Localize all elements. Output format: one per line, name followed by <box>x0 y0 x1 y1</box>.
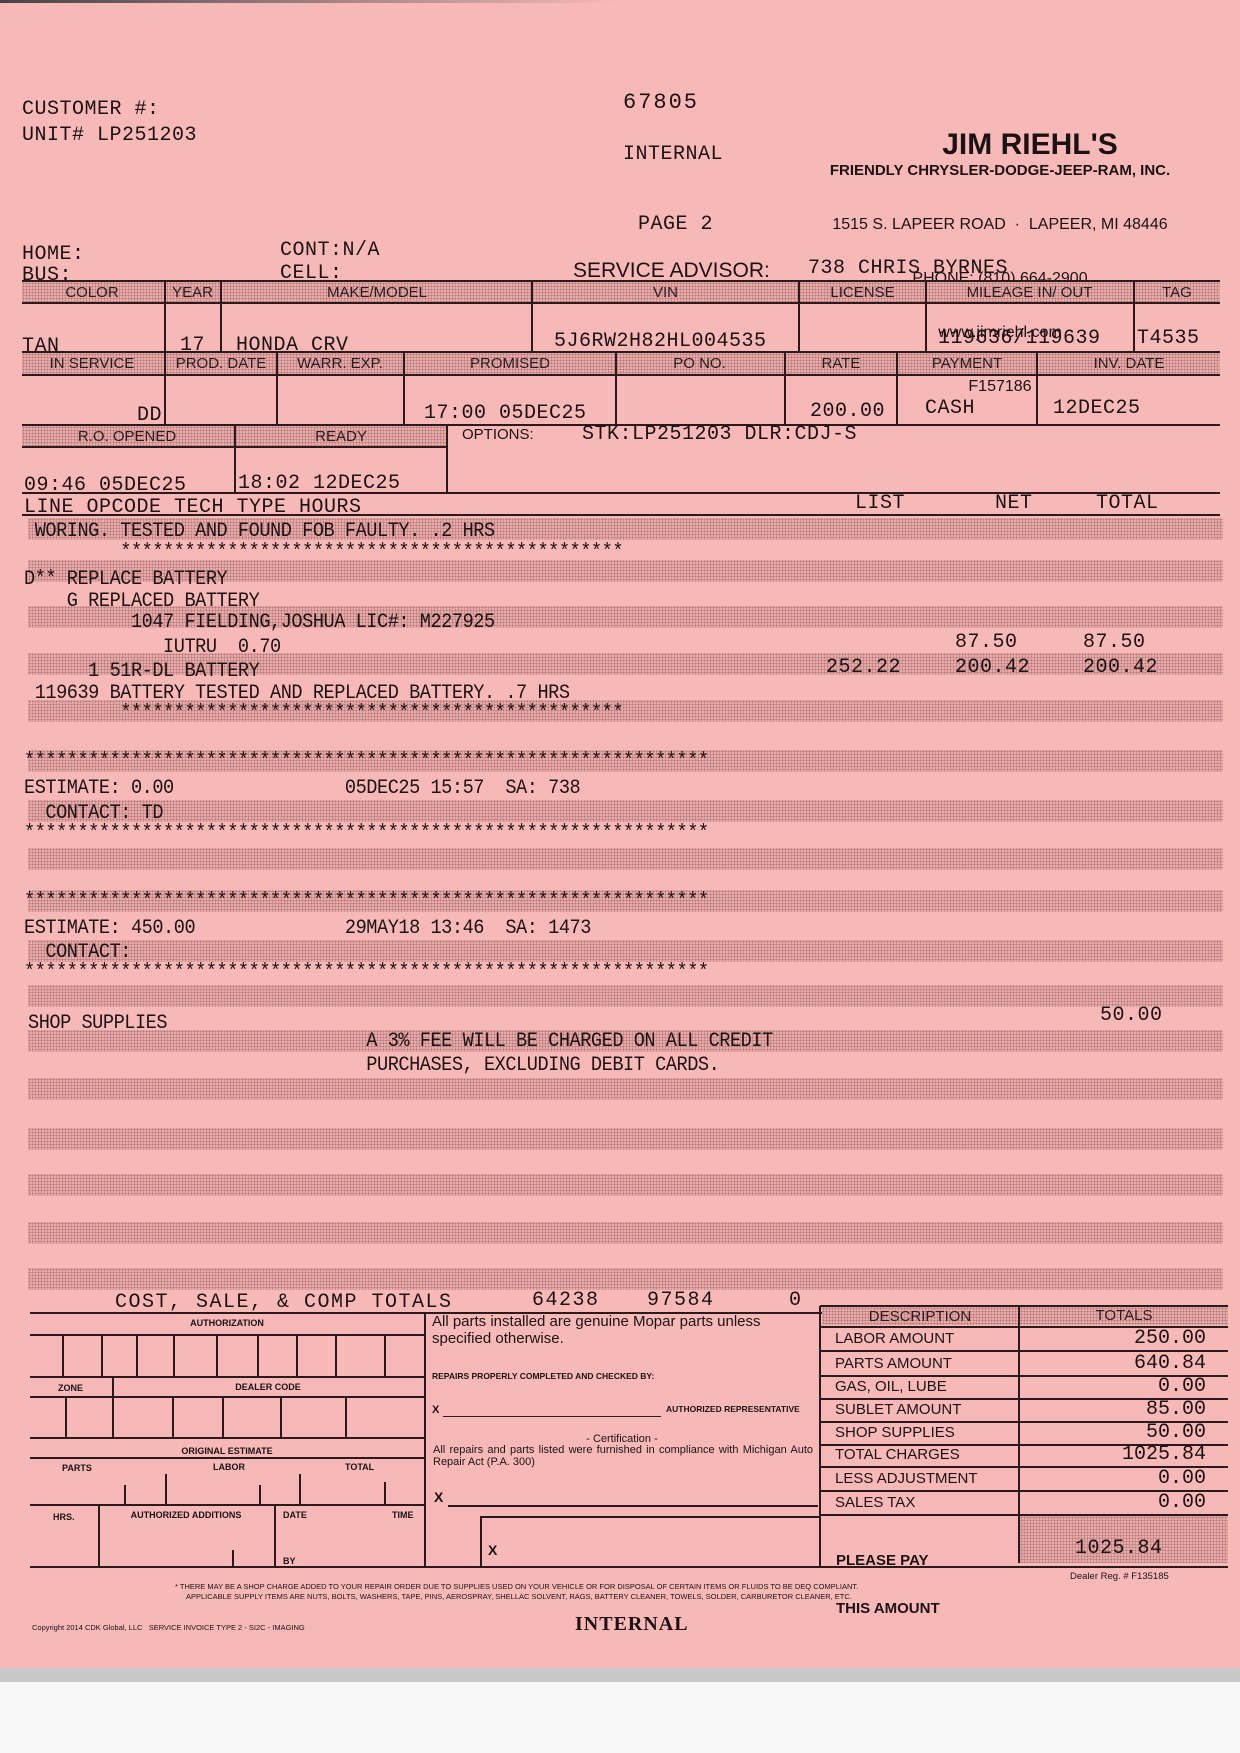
vehicle-tag: T4535 <box>1137 327 1200 350</box>
col-mileage: MILEAGE IN/ OUT <box>927 283 1132 303</box>
totals-row-value: 0.00 <box>1158 1467 1206 1490</box>
stripe <box>28 1078 1223 1100</box>
dealer-code-label: DEALER CODE <box>112 1382 424 1392</box>
col-warr-exp: WARR. EXP. <box>278 354 402 374</box>
stripe <box>28 848 1223 870</box>
line-list: 252.22 <box>826 656 901 679</box>
payment-value: CASH <box>925 397 975 420</box>
shop-supplies-total: 50.00 <box>1100 1004 1163 1027</box>
totals-row-label: SALES TAX <box>835 1494 915 1511</box>
invoice-page: CUSTOMER #: UNIT# LP251203 67805 INTERNA… <box>0 0 1240 1682</box>
comp-totals-label: COST, SALE, & COMP TOTALS <box>115 1291 453 1314</box>
line-item: ****************************************… <box>24 750 709 773</box>
shop-supply-items-note: APPLICABLE SUPPLY ITEMS ARE NUTS, BOLTS,… <box>186 1592 852 1601</box>
credit-fee-notice: PURCHASES, EXCLUDING DEBIT CARDS. <box>24 1054 719 1077</box>
estimate-line: ESTIMATE: 450.00 29MAY18 13:46 SA: 1473 <box>24 917 591 940</box>
totals-row-value: 50.00 <box>1146 1421 1206 1444</box>
stripe <box>28 940 1223 962</box>
line-item: ****************************************… <box>24 822 709 845</box>
stripe <box>28 1128 1223 1150</box>
col-license: LICENSE <box>800 283 925 303</box>
line-item: IUTRU 0.70 <box>24 636 281 659</box>
stripe <box>28 1222 1223 1244</box>
totals-row-value: 1025.84 <box>1122 1443 1206 1466</box>
dealer-subtitle: FRIENDLY CHRYSLER-DODGE-JEEP-RAM, INC. <box>800 162 1200 180</box>
promised-value: 17:00 05DEC25 <box>424 402 587 425</box>
page-number: PAGE 2 <box>638 213 713 236</box>
totals-row-value: 0.00 <box>1158 1375 1206 1398</box>
col-vin: VIN <box>533 283 798 303</box>
totals-row-parts: PARTS AMOUNT 640.84 <box>820 1352 1228 1377</box>
rate-value: 200.00 <box>810 400 885 423</box>
totals-row-sublet: SUBLET AMOUNT 85.00 <box>820 1398 1228 1423</box>
lines-header-net: NET <box>995 492 1033 515</box>
totals-row-sales-tax: SALES TAX 0.00 <box>820 1491 1228 1516</box>
scan-edge <box>0 0 620 3</box>
stripe <box>28 800 1223 822</box>
scan-bottom-edge <box>0 1662 1240 1682</box>
please-pay-line-1: PLEASE PAY <box>836 1553 940 1569</box>
dealer-license: F157186 <box>800 378 1200 396</box>
footer-internal-stamp: INTERNAL <box>575 1613 689 1636</box>
credit-fee-notice: A 3% FEE WILL BE CHARGED ON ALL CREDIT <box>24 1030 773 1053</box>
certification-text: All repairs and parts listed were furnis… <box>433 1444 813 1468</box>
authorized-rep-label: AUTHORIZED REPRESENTATIVE <box>666 1404 800 1414</box>
totals-header: TOTALS <box>1020 1307 1228 1324</box>
col-inv-date: INV. DATE <box>1038 354 1220 374</box>
line-net: 87.50 <box>955 631 1018 654</box>
labor-label: LABOR <box>213 1462 245 1472</box>
dealer-address: 1515 S. LAPEER ROAD · LAPEER, MI 48446 <box>800 216 1200 234</box>
comp-cost: 64238 <box>532 1289 600 1312</box>
authorized-additions-label: AUTHORIZED ADDITIONS <box>130 1510 242 1520</box>
line-net: 200.42 <box>955 656 1030 679</box>
col-payment: PAYMENT <box>898 354 1036 374</box>
contact-value: CONT:N/A <box>280 239 380 262</box>
description-header: DESCRIPTION <box>822 1308 1018 1325</box>
col-promised: PROMISED <box>405 354 615 374</box>
line-item: ****************************************… <box>24 961 709 984</box>
totals-row-labor: LABOR AMOUNT 250.00 <box>820 1327 1228 1352</box>
options-value: STK:LP251203 DLR:CDJ-S <box>582 423 857 446</box>
stripe <box>28 985 1223 1007</box>
comp-sale: 97584 <box>647 1289 715 1312</box>
line-total: 87.50 <box>1083 631 1146 654</box>
parts-label: PARTS <box>62 1463 92 1473</box>
dealer-registration: Dealer Reg. # F135185 <box>1070 1571 1169 1582</box>
col-year: YEAR <box>165 283 220 303</box>
service-advisor-value: 738 CHRIS BYRNES <box>808 257 1008 280</box>
original-estimate-label: ORIGINAL ESTIMATE <box>30 1446 424 1456</box>
date-label: DATE <box>283 1510 307 1520</box>
totals-row-label: GAS, OIL, LUBE <box>835 1378 947 1395</box>
col-rate: RATE <box>786 354 896 374</box>
lines-header-total: TOTAL <box>1096 492 1159 515</box>
home-phone-label: HOME: <box>22 243 85 266</box>
vehicle-vin: 5J6RW2H82HL004535 <box>554 330 767 353</box>
totals-row-label: PARTS AMOUNT <box>835 1355 952 1372</box>
col-color: COLOR <box>22 283 162 303</box>
estimate-line: ESTIMATE: 0.00 05DEC25 15:57 SA: 738 <box>24 777 580 800</box>
stripe <box>28 1174 1223 1196</box>
line-item: ****************************************… <box>24 541 623 564</box>
cert-sig-x: X <box>434 1489 443 1505</box>
rep-signature-line[interactable] <box>443 1416 661 1417</box>
totals-row-value: 640.84 <box>1134 1352 1206 1375</box>
totals-row-total-charges: TOTAL CHARGES 1025.84 <box>820 1443 1228 1468</box>
totals-row-label: SHOP SUPPLIES <box>835 1424 955 1441</box>
col-tag: TAG <box>1134 283 1220 303</box>
customer-sig-x[interactable]: X <box>488 1542 497 1558</box>
totals-row-less-adjustment: LESS ADJUSTMENT 0.00 <box>820 1467 1228 1492</box>
zone-label: ZONE <box>58 1383 83 1393</box>
totals-row-label: SUBLET AMOUNT <box>835 1401 961 1418</box>
vehicle-mileage: 119636/119639 <box>938 327 1101 350</box>
col-make-model: MAKE/MODEL <box>222 283 532 303</box>
line-item: WORING. TESTED AND FOUND FOB FAULTY. .2 … <box>24 520 495 543</box>
totals-row-label: LABOR AMOUNT <box>835 1330 954 1347</box>
totals-row-gas-oil-lube: GAS, OIL, LUBE 0.00 <box>820 1375 1228 1400</box>
col-in-service: IN SERVICE <box>22 354 162 374</box>
shop-charge-note: * THERE MAY BE A SHOP CHARGE ADDED TO YO… <box>175 1582 858 1591</box>
total-label: TOTAL <box>345 1462 374 1472</box>
line-total: 200.42 <box>1083 656 1158 679</box>
please-pay-line-2: THIS AMOUNT <box>836 1601 940 1617</box>
stripe <box>28 1268 1223 1290</box>
comp-comp: 0 <box>789 1289 802 1312</box>
totals-row-label: TOTAL CHARGES <box>835 1446 960 1463</box>
col-po-no: PO NO. <box>617 354 782 374</box>
customer-label: CUSTOMER #: <box>22 98 160 121</box>
totals-row-label: LESS ADJUSTMENT <box>835 1470 978 1487</box>
line-item: 1 51R-DL BATTERY <box>24 660 259 683</box>
authorization-label: AUTHORIZATION <box>30 1318 424 1328</box>
amount-due: 1025.84 <box>1075 1537 1163 1560</box>
checked-by-label: REPAIRS PROPERLY COMPLETED AND CHECKED B… <box>432 1371 654 1381</box>
hrs-label: HRS. <box>53 1512 75 1522</box>
lines-header-list: LIST <box>855 492 905 515</box>
col-prod-date: PROD. DATE <box>166 354 276 374</box>
totals-row-value: 0.00 <box>1158 1491 1206 1514</box>
line-item: G REPLACED BATTERY <box>24 590 259 613</box>
time-label: TIME <box>392 1510 414 1520</box>
col-ro-opened: R.O. OPENED <box>22 427 232 447</box>
ro-number: 67805 <box>623 90 699 115</box>
line-item: ****************************************… <box>24 702 623 725</box>
by-label: BY <box>283 1556 296 1566</box>
cert-signature-line[interactable] <box>448 1505 818 1507</box>
line-item: 1047 FIELDING,JOSHUA LIC#: M227925 <box>24 611 495 634</box>
rep-sig-x: X <box>432 1404 439 1416</box>
copyright: Copyright 2014 CDK Global, LLC SERVICE I… <box>32 1623 305 1632</box>
invoice-type: INTERNAL <box>623 143 723 166</box>
line-item: ****************************************… <box>24 890 709 913</box>
mopar-statement: All parts installed are genuine Mopar pa… <box>432 1313 792 1347</box>
col-ready: READY <box>236 427 446 447</box>
unit-number: UNIT# LP251203 <box>22 124 197 147</box>
totals-row-value: 250.00 <box>1134 1327 1206 1350</box>
options-label: OPTIONS: <box>462 426 534 443</box>
totals-row-value: 85.00 <box>1146 1398 1206 1421</box>
line-item: D** REPLACE BATTERY <box>24 568 227 591</box>
inv-date-value: 12DEC25 <box>1053 397 1141 420</box>
